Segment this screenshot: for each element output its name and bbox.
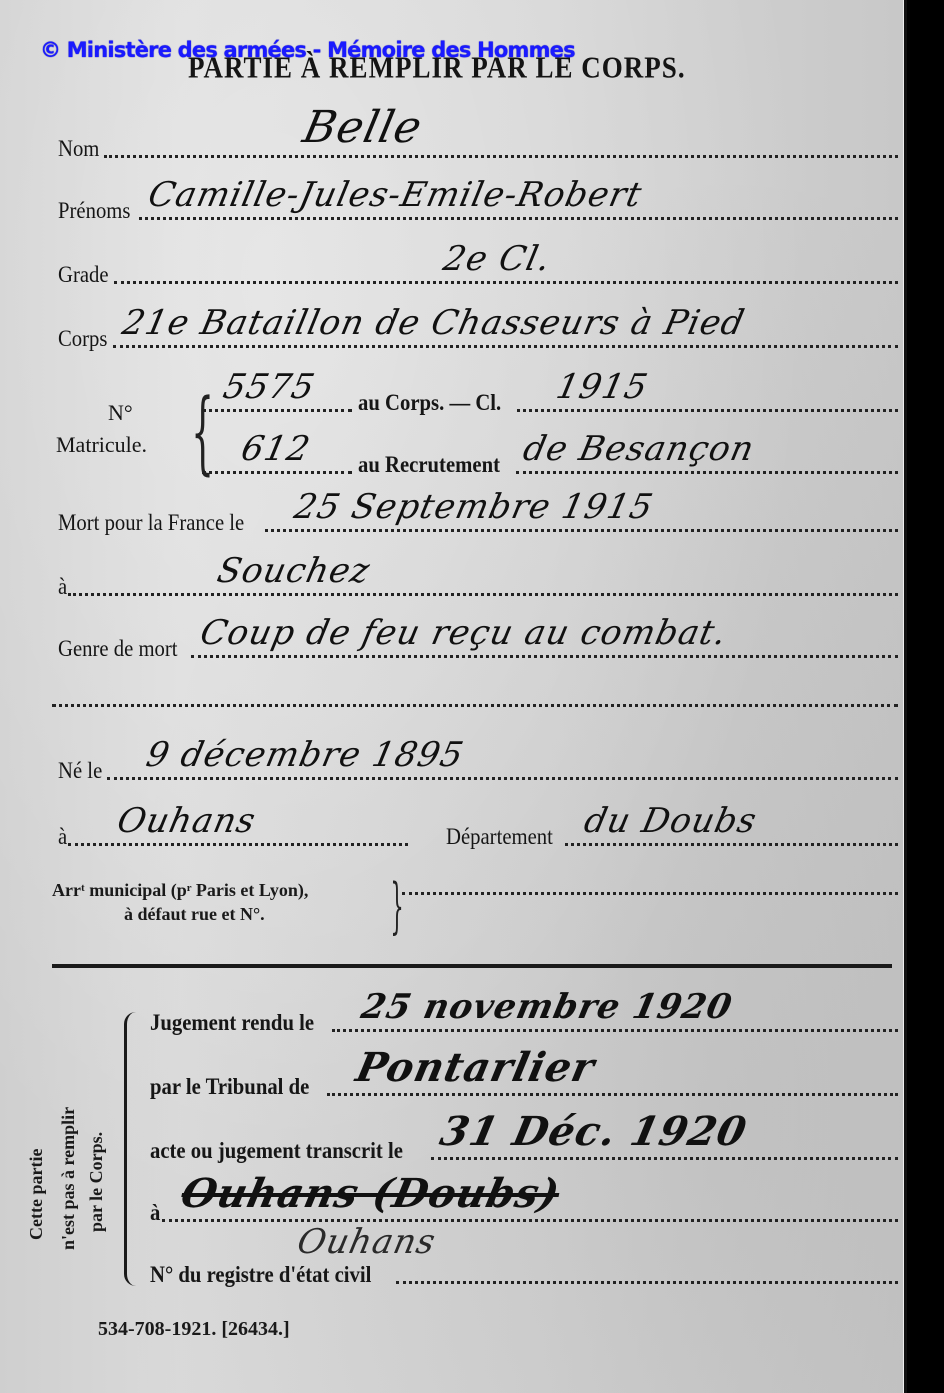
dotted-line: Belle <box>104 155 898 158</box>
field-grade: Grade 2e Cl. <box>58 262 898 288</box>
field-jugement-rendu: Jugement rendu le 25 novembre 1920 <box>150 1010 898 1036</box>
dotted-line: 612 <box>202 471 352 474</box>
dotted-line: Coup de feu reçu au combat. <box>191 655 898 658</box>
dotted-line: de Besançon <box>516 471 898 474</box>
copyright-watermark: © Ministère des armées - Mémoire des Hom… <box>40 38 575 62</box>
dotted-line <box>52 704 898 707</box>
label-matricule: Matricule. <box>56 432 147 458</box>
dotted-line: 2e Cl. <box>114 281 898 284</box>
document-card: © Ministère des armées - Mémoire des Hom… <box>0 0 906 1393</box>
dotted-line <box>396 1281 898 1284</box>
field-ne-le: Né le 9 décembre 1895 <box>58 758 898 784</box>
value-mort-lieu: Souchez <box>214 551 374 591</box>
dotted-line: 31 Déc. 1920 <box>431 1157 898 1160</box>
value-grade: 2e Cl. <box>440 239 555 279</box>
field-transcrit: acte ou jugement transcrit le 31 Déc. 19… <box>150 1138 898 1164</box>
dotted-line: 9 décembre 1895 <box>107 777 898 780</box>
value-mort-date: 25 Septembre 1915 <box>291 487 657 527</box>
label-mort-date: Mort pour la France le <box>58 510 244 536</box>
section-separator <box>52 964 892 968</box>
field-mort-date: Mort pour la France le 25 Septembre 1915 <box>58 510 898 536</box>
label-ne-lieu: à <box>58 824 67 850</box>
label-au-recrutement: au Recrutement <box>358 452 500 478</box>
field-arrondissement <box>402 892 898 899</box>
dotted-line: Pontarlier <box>327 1093 898 1096</box>
label-corps: Corps <box>58 326 107 352</box>
label-mort-lieu: à <box>58 574 67 600</box>
scan-edge <box>903 0 907 1393</box>
side-note: Cette partie n'est pas à remplir par le … <box>26 1040 136 1240</box>
field-transcription-lieu: à Ouhans (Doubs) <box>150 1200 898 1226</box>
dotted-line: Ouhans <box>68 843 408 846</box>
value-departement: du Doubs <box>581 801 761 841</box>
value-classe: 1915 <box>553 367 652 407</box>
dotted-line: 25 novembre 1920 <box>332 1029 898 1032</box>
label-jugement-rendu: Jugement rendu le <box>150 1010 314 1036</box>
field-prenoms: Prénoms Camille-Jules-Emile-Robert <box>58 198 898 224</box>
label-transcrit: acte ou jugement transcrit le <box>150 1138 403 1164</box>
value-matricule-recrutement: 612 <box>238 429 314 469</box>
value-tribunal: Pontarlier <box>352 1044 599 1091</box>
field-matricule-corps: 5575 au Corps. — Cl. 1915 <box>202 390 898 416</box>
value-prenoms: Camille-Jules-Emile-Robert <box>144 175 645 215</box>
value-recrutement: de Besançon <box>520 429 758 469</box>
value-matricule-corps: 5575 <box>220 367 319 407</box>
label-arrondissement-2: à défaut rue et N°. <box>124 904 265 925</box>
label-registre: N° du registre d'état civil <box>150 1262 371 1288</box>
field-ne-lieu: à Ouhans Département du Doubs <box>58 824 898 850</box>
field-registre: N° du registre d'état civil <box>150 1262 898 1288</box>
brace-side-note <box>124 1012 139 1286</box>
value-jugement-rendu: 25 novembre 1920 <box>358 987 736 1027</box>
field-mort-lieu: à Souchez <box>58 574 898 600</box>
label-grade: Grade <box>58 262 109 288</box>
dotted-line: 5575 <box>202 409 352 412</box>
value-transcription-lieu: Ouhans (Doubs) <box>177 1170 564 1217</box>
value-ne-le: 9 décembre 1895 <box>143 735 468 775</box>
label-nom: Nom <box>58 136 99 162</box>
dotted-line: Souchez <box>68 593 898 596</box>
value-transcrit: 31 Déc. 1920 <box>436 1108 751 1155</box>
dotted-line: 1915 <box>517 409 898 412</box>
print-reference: 534-708-1921. [26434.] <box>98 1318 290 1341</box>
field-matricule-recrutement: 612 au Recrutement de Besançon <box>202 452 898 478</box>
dotted-line <box>402 892 898 895</box>
field-blank <box>52 704 898 711</box>
dotted-line: Camille-Jules-Emile-Robert <box>139 217 899 220</box>
value-transcription-correction: Ouhans <box>294 1222 440 1262</box>
field-corps: Corps 21e Bataillon de Chasseurs à Pied <box>58 326 898 352</box>
side-note-line1: Cette partie <box>26 1149 47 1240</box>
label-transcription-lieu: à <box>150 1200 160 1226</box>
label-no: N° <box>108 400 133 426</box>
label-ne-le: Né le <box>58 758 102 784</box>
side-note-line2: n'est pas à remplir <box>58 1107 79 1250</box>
label-genre-mort: Genre de mort <box>58 636 178 662</box>
brace-arrondissement: } <box>390 876 403 936</box>
dotted-line: Ouhans (Doubs) <box>162 1219 899 1222</box>
label-au-corps: au Corps. — Cl. <box>358 390 501 416</box>
field-tribunal: par le Tribunal de Pontarlier <box>150 1074 898 1100</box>
value-genre-mort: Coup de feu reçu au combat. <box>197 613 731 653</box>
side-note-line3: par le Corps. <box>86 1132 107 1232</box>
dotted-line: 21e Bataillon de Chasseurs à Pied <box>113 345 898 348</box>
label-arrondissement-1: Arrᵗ municipal (pʳ Paris et Lyon), <box>52 880 308 901</box>
label-prenoms: Prénoms <box>58 198 130 224</box>
value-ne-lieu: Ouhans <box>114 801 260 841</box>
value-nom: Belle <box>299 102 427 153</box>
label-departement: Département <box>446 824 553 850</box>
dotted-line: 25 Septembre 1915 <box>265 529 898 532</box>
field-genre-mort: Genre de mort Coup de feu reçu au combat… <box>58 636 898 662</box>
field-nom: Nom Belle <box>58 136 898 162</box>
dotted-line: du Doubs <box>565 843 898 846</box>
label-tribunal: par le Tribunal de <box>150 1074 309 1100</box>
value-corps: 21e Bataillon de Chasseurs à Pied <box>119 303 749 343</box>
